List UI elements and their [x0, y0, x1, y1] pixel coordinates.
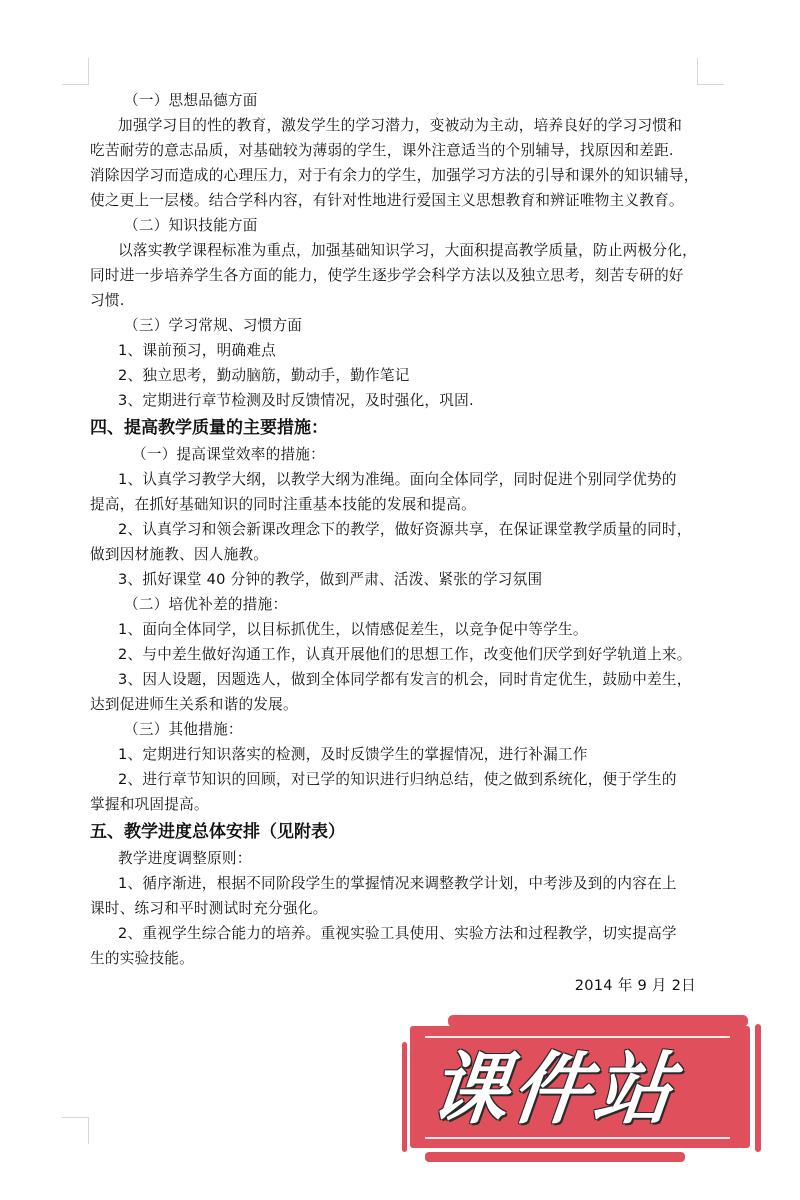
list-item: 1、课前预习，明确难点	[90, 338, 702, 363]
subheading-skills: （二）知识技能方面	[90, 213, 702, 238]
paragraph-line: 1、定期进行知识落实的检测，及时反馈学生的掌握情况，进行补漏工作	[90, 742, 702, 767]
stamp-border-left	[402, 1042, 407, 1152]
section-heading-5: 五、教学进度总体安排（见附表）	[90, 818, 702, 846]
paragraph-line: 做到因材施教、因人施教。	[90, 542, 702, 567]
list-item: 3、定期进行章节检测及时反馈情况，及时强化，巩固.	[90, 388, 702, 413]
watermark-text: 课件站	[425, 1040, 736, 1140]
paragraph-line: 2、与中差生做好沟通工作，认真开展他们的思想工作，改变他们厌学到好学轨道上来。	[90, 642, 702, 667]
page-corner-mark-top-left	[62, 58, 89, 85]
paragraph-line: 习惯.	[90, 288, 702, 313]
schedule-intro: 教学进度调整原则：	[90, 846, 702, 871]
subheading-other: （三）其他措施：	[90, 717, 702, 742]
paragraph-line: 1、认真学习教学大纲，以教学大纲为准绳。面向全体同学，同时促进个别同学优势的	[90, 467, 702, 492]
subheading-efficiency: （一）提高课堂效率的措施：	[90, 442, 702, 467]
subheading-tutoring: （二）培优补差的措施：	[90, 592, 702, 617]
paragraph-line: 2、重视学生综合能力的培养。重视实验工具使用、实验方法和过程教学，切实提高学	[90, 921, 702, 946]
paragraph-line: 吃苦耐劳的意志品质，对基础较为薄弱的学生，课外注意适当的个别辅导，找原因和差距.	[90, 138, 702, 163]
document-page: （一）思想品德方面 加强学习目的性的教育，激发学生的学习潜力，变被动为主动，培养…	[0, 0, 800, 1200]
stamp-border-right	[755, 1024, 761, 1152]
watermark-stamp-logo: 课件站	[400, 1012, 760, 1167]
stamp-inner-line-top	[425, 1036, 730, 1038]
paragraph-line: 以落实教学课程标准为重点，加强基础知识学习，大面积提高教学质量，防止两极分化，	[90, 238, 702, 263]
stamp-border-bottom	[425, 1152, 685, 1162]
section-heading-4: 四、提高教学质量的主要措施：	[90, 414, 702, 442]
paragraph-line: 1、循序渐进，根据不同阶段学生的掌握情况来调整教学计划，中考涉及到的内容在上	[90, 871, 702, 896]
paragraph-line: 达到促进师生关系和谐的发展。	[90, 692, 702, 717]
document-body: （一）思想品德方面 加强学习目的性的教育，激发学生的学习潜力，变被动为主动，培养…	[90, 88, 702, 998]
paragraph-line: 加强学习目的性的教育，激发学生的学习潜力，变被动为主动，培养良好的学习习惯和	[90, 113, 702, 138]
paragraph-line: 使之更上一层楼。结合学科内容，有针对性地进行爱国主义思想教育和辨证唯物主义教育。	[90, 188, 702, 213]
paragraph-line: 3、因人设题，因题选人，做到全体同学都有发言的机会，同时肯定优生，鼓励中差生，	[90, 667, 702, 692]
paragraph-line: 消除因学习而造成的心理压力，对于有余力的学生，加强学习方法的引导和课外的知识辅导…	[90, 163, 702, 188]
paragraph-line: 3、抓好课堂 40 分钟的教学，做到严肃、活泼、紧张的学习氛围	[90, 567, 702, 592]
paragraph-line: 课时、练习和平时测试时充分强化。	[90, 896, 702, 921]
paragraph-line: 提高，在抓好基础知识的同时注重基本技能的发展和提高。	[90, 492, 702, 517]
paragraph-line: 掌握和巩固提高。	[90, 792, 702, 817]
subheading-moral: （一）思想品德方面	[90, 88, 702, 113]
list-item: 2、独立思考，勤动脑筋，勤动手，勤作笔记	[90, 363, 702, 388]
paragraph-line: 生的实验技能。	[90, 946, 702, 971]
paragraph-line: 2、认真学习和领会新课改理念下的教学，做好资源共享，在保证课堂教学质量的同时，	[90, 517, 702, 542]
page-corner-mark-bottom-left	[62, 1117, 89, 1144]
paragraph-line: 1、面向全体同学，以目标抓优生，以情感促差生，以竞争促中等学生。	[90, 617, 702, 642]
paragraph-line: 同时进一步培养学生各方面的能力，使学生逐步学会科学方法以及独立思考，刻苦专研的好	[90, 263, 702, 288]
subheading-habits: （三）学习常规、习惯方面	[90, 313, 702, 338]
paragraph-line: 2、进行章节知识的回顾，对已学的知识进行归纳总结，使之做到系统化，便于学生的	[90, 767, 702, 792]
document-date: 2014 年 9 月 2日	[90, 973, 702, 998]
page-corner-mark-top-right	[697, 58, 724, 85]
